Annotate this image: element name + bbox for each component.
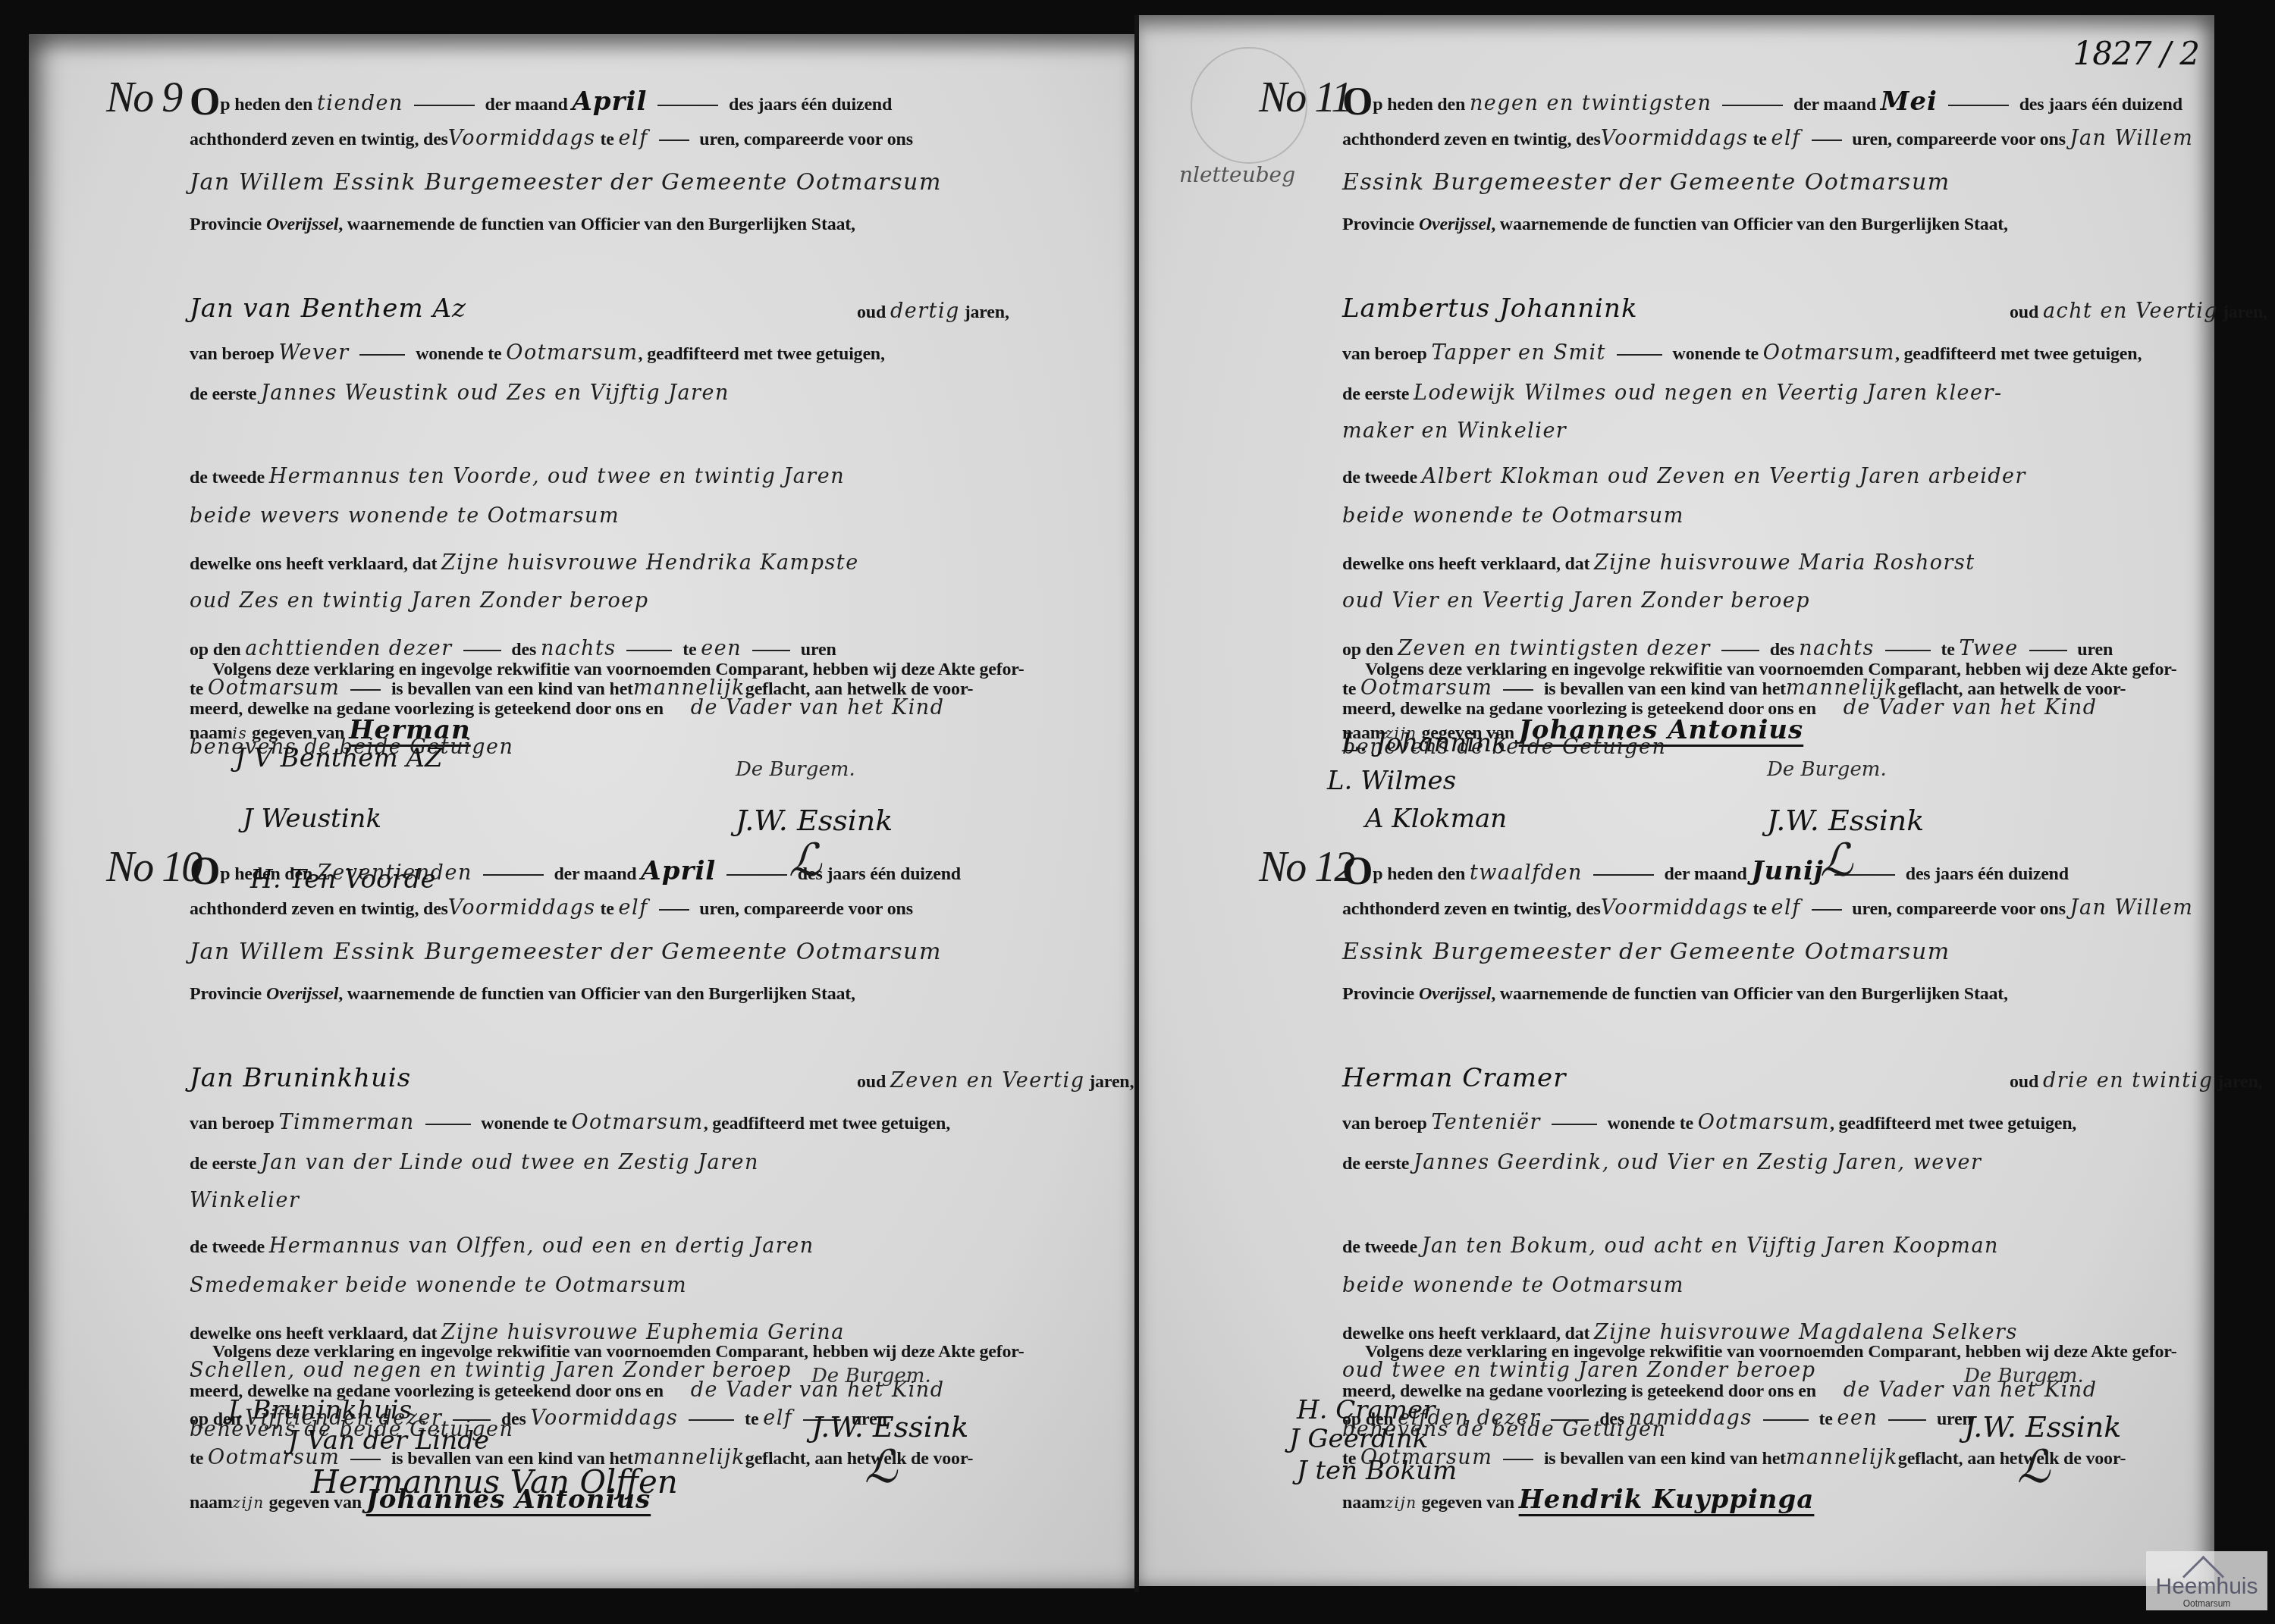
witness-signature: L. Wilmes — [1327, 766, 1456, 796]
birth-part-of-day: nachts — [541, 637, 617, 660]
paraph-flourish: ℒ — [789, 834, 821, 887]
watermark-place: Ootmarsum — [2146, 1598, 2267, 1609]
entry-day: tienden — [317, 92, 403, 115]
witness-1-continued: maker en Winkelier — [1342, 419, 1567, 443]
burgemeester-title: De Burgem. — [1767, 758, 1887, 781]
declarant-occupation: Tenteniër — [1431, 1111, 1541, 1134]
witness-2-continued: beide wonende te Ootmarsum — [1342, 1274, 1684, 1297]
burgemeester-signature: J.W. Essink — [1767, 804, 1924, 837]
witness-1: Lodewijk Wilmes oud negen en Veertig Jar… — [1414, 381, 2003, 405]
witness-2: Hermannus van Olffen, oud een en dertig … — [269, 1234, 814, 1258]
watermark-brand: Heemhuis — [2146, 1574, 2267, 1600]
mother: Zijne huisvrouwe Maria Roshorst — [1594, 551, 1975, 575]
entry-number: No 10 — [106, 843, 201, 892]
entry-part-of-day: Voormiddags — [1601, 127, 1749, 150]
closing-paragraph: Volgens deze verklaring en ingevolge rek… — [1342, 660, 2275, 902]
witness-1-continued: Winkelier — [190, 1189, 300, 1212]
mother-continued: oud Zes en twintig Jaren Zonder beroep — [190, 589, 649, 613]
signed-by: de Vader van het Kind — [1844, 696, 2098, 720]
declarant-residence: Ootmarsum — [1698, 1111, 1830, 1134]
birth-day: achttienden dezer — [245, 637, 452, 660]
entry-number: No 12 — [1259, 843, 1354, 892]
entry-month: April — [572, 86, 647, 117]
heemhuis-watermark: Heemhuis Ootmarsum — [2146, 1551, 2267, 1610]
declarant-name: Jan Bruninkhuis — [190, 1063, 411, 1093]
witness-1: Jan van der Linde oud twee en Zestig Jar… — [261, 1151, 759, 1174]
mother: Zijne huisvrouwe Euphemia Gerina — [441, 1321, 845, 1344]
witness-2-continued: beide wonende te Ootmarsum — [1342, 504, 1684, 528]
witness-2: Albert Klokman oud Zeven en Veertig Jare… — [1422, 465, 2026, 488]
declarant-name: Herman Cramer — [1342, 1063, 1566, 1093]
witness-signature: J ten Bokum — [1297, 1456, 1457, 1486]
witness-2-continued: Smedemaker beide wonende te Ootmarsum — [190, 1274, 687, 1297]
witness-signature: Hermannus Van Olffen — [311, 1463, 678, 1500]
paraph-flourish: ℒ — [864, 1441, 897, 1494]
province: Overijssel — [266, 215, 338, 234]
closing-paragraph: Volgens deze verklaring en ingevolge rek… — [1342, 1342, 2275, 1585]
province: Overijssel — [1419, 984, 1491, 1004]
witness-2: Hermannus ten Voorde, oud twee en twinti… — [269, 465, 845, 488]
birth-hour: een — [701, 637, 742, 660]
witness-signature: H. Ten Voorde — [250, 864, 436, 895]
officer-line: Essink Burgemeester der Gemeente Ootmars… — [1342, 169, 1950, 196]
declarant-residence: Ootmarsum — [571, 1111, 703, 1134]
burgemeester-signature: J.W. Essink — [736, 804, 893, 837]
entry-number: No 11 — [1259, 74, 1351, 122]
birth-day: Zeven en twintigsten dezer — [1398, 637, 1711, 660]
burgemeester-signature: J.W. Essink — [1964, 1410, 2121, 1444]
witness-2-continued: beide wevers wonende te Ootmarsum — [190, 504, 620, 528]
witness-signature: J. Bruninkhuis — [227, 1395, 412, 1425]
volgens-text: Volgens deze verklaring en ingevolge rek… — [212, 660, 1025, 680]
mother: Zijne huisvrouwe Magdalena Selkers — [1594, 1321, 2018, 1344]
witness-signature: J Van der Linde — [288, 1425, 489, 1456]
witness-signature: A Klokman — [1365, 804, 1507, 834]
province: Overijssel — [1419, 215, 1491, 234]
entry-part-of-day: Voormiddags — [448, 127, 596, 150]
declarant-residence: Ootmarsum — [506, 341, 638, 365]
declarant-name: Lambertus Johannink — [1342, 293, 1637, 324]
paraph-flourish: ℒ — [2017, 1441, 2050, 1494]
entry-month: Mei — [1881, 86, 1938, 117]
burgemeester-title: De Burgem. — [811, 1365, 931, 1387]
entry-number: No 9 — [106, 74, 181, 122]
officer-line: Jan Willem Essink Burgemeester der Gemee… — [190, 169, 942, 196]
folio-mark: 1827 / 2 — [2073, 35, 2199, 72]
declarant-occupation: Wever — [278, 341, 349, 365]
witness-signature: L. Johannink — [1342, 728, 1508, 758]
declarant-name: Jan van Benthem Az — [190, 293, 466, 324]
declarant-age: dertig — [890, 299, 960, 323]
margin-note: nletteubeg — [1179, 162, 1295, 187]
declarant-residence: Ootmarsum — [1763, 341, 1895, 365]
entry-day: negen en twintigsten — [1470, 92, 1712, 115]
witness-signature: H. Cramer — [1297, 1395, 1435, 1425]
officer-line: Essink Burgemeester der Gemeente Ootmars… — [1342, 939, 1950, 965]
volgens-text: Volgens deze verklaring en ingevolge rek… — [212, 1342, 1025, 1362]
officer-name: Jan Willem — [2070, 127, 2194, 150]
volgens-text: Volgens deze verklaring en ingevolge rek… — [1365, 660, 2177, 680]
declarant-occupation: Tapper en Smit — [1431, 341, 1606, 365]
declarant-occupation: Timmerman — [278, 1111, 414, 1134]
book-gutter — [1134, 15, 1139, 1592]
entry-hour: elf — [1771, 127, 1801, 150]
mother: Zijne huisvrouwe Hendrika Kampste — [441, 551, 859, 575]
birth-part-of-day: nachts — [1799, 637, 1875, 660]
entry-hour: elf — [619, 127, 648, 150]
declarant-age: acht en Veertig — [2043, 299, 2218, 323]
mother-continued: oud Vier en Veertig Jaren Zonder beroep — [1342, 589, 1810, 613]
witness-signature: J Weustink — [243, 804, 381, 834]
burgemeester-title: De Burgem. — [736, 758, 855, 781]
province: Overijssel — [266, 984, 338, 1004]
witness-1: Jannes Weustink oud Zes en Vijftig Jaren — [261, 381, 730, 405]
declarant-age: drie en twintig — [2043, 1069, 2214, 1093]
witness-2: Jan ten Bokum, oud acht en Vijftig Jaren… — [1422, 1234, 1999, 1258]
signed-by: de Vader van het Kind — [691, 696, 945, 720]
volgens-text: Volgens deze verklaring en ingevolge rek… — [1365, 1342, 2177, 1362]
burgemeester-title: De Burgem. — [1964, 1365, 2084, 1387]
witness-1: Jannes Geerdink, oud Vier en Zestig Jare… — [1414, 1151, 1982, 1174]
witness-signature: J Geerdink — [1289, 1424, 1428, 1454]
paraph-flourish: ℒ — [1820, 834, 1853, 887]
declarant-age: Zeven en Veertig — [890, 1069, 1085, 1093]
witness-signature: J V Benthem AZ — [235, 743, 443, 773]
officer-line: Jan Willem Essink Burgemeester der Gemee… — [190, 939, 942, 965]
burgemeester-signature: J.W. Essink — [811, 1410, 968, 1444]
birth-hour: Twee — [1960, 637, 2019, 660]
